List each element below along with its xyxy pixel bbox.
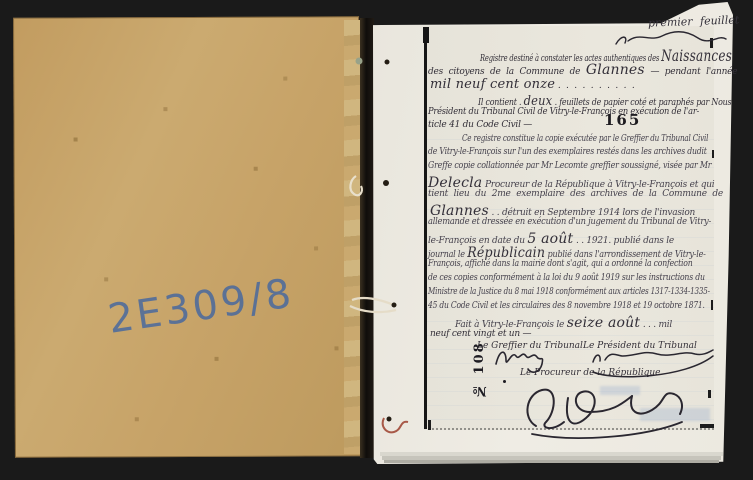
edge-mark	[708, 390, 711, 398]
binding-gutter	[360, 18, 374, 458]
photocopy-corner-mark	[423, 27, 429, 43]
edge-mark	[711, 300, 713, 310]
header-line-6: ticle 41 du Code Civil —	[428, 120, 532, 130]
header-line-2: des citoyens de la Commune de Glannes — …	[428, 62, 737, 78]
register-year: mil neuf cent onze	[430, 77, 555, 92]
commune-name: Glannes	[586, 62, 645, 78]
body-line: tient lieu du 2me exemplaire des archive…	[428, 189, 723, 199]
page-block-edge	[380, 452, 723, 466]
cover-speckles	[14, 19, 16, 21]
edge-mark	[712, 150, 714, 158]
header-line-3: mil neuf cent onze . . . . . . . . . .	[430, 77, 634, 92]
signature-date: seize août	[567, 315, 640, 331]
printed-page-number: 165	[604, 111, 641, 129]
body-line: Ministre de la Justice du 8 mai 1918 con…	[428, 287, 710, 297]
header-text: — pendant l'année	[650, 67, 737, 77]
edge-mark	[700, 424, 714, 428]
stamp-number-text: № 108	[472, 334, 487, 398]
body-line: de ces copies conformément à la loi du 9…	[428, 273, 705, 283]
edge-mark	[428, 420, 431, 430]
torn-paper-edge	[344, 20, 360, 454]
body-line: François, affiché dans la mairie dont s'…	[428, 259, 693, 269]
body-line: 45 du Code Civil et les circulaires des …	[428, 301, 705, 311]
body-line: Ce registre constitue la copie exécutée …	[462, 134, 708, 144]
header-text: des citoyens de la Commune de	[428, 67, 580, 77]
archive-reference-number: 2E309/8	[105, 263, 349, 343]
photocopy-left-border	[424, 27, 427, 429]
page-edge-line	[384, 460, 719, 463]
body-line: Greffe copie collationnée par Mr Lecomte…	[428, 161, 711, 171]
header-line-5: Président du Tribunal Civil de Vitry-le-…	[428, 107, 699, 117]
body-line: de Vitry-le-François sur l'un des exempl…	[428, 147, 707, 157]
scanned-register-page: 2E309/8 premier feuillet Registre destin…	[0, 0, 753, 480]
body-line: allemande et dressée en exécution d'un j…	[428, 217, 711, 227]
greffier-signature	[492, 342, 552, 376]
stamp-dot	[503, 380, 506, 383]
register-back-cover: 2E309/8	[13, 16, 361, 458]
number-stamp: № 108	[472, 334, 494, 398]
president-signature	[585, 344, 717, 382]
procureur-signature	[510, 378, 692, 442]
dotted-leader: . . . . . . . . . .	[558, 81, 635, 91]
closing-text: . . . mil	[643, 320, 672, 330]
